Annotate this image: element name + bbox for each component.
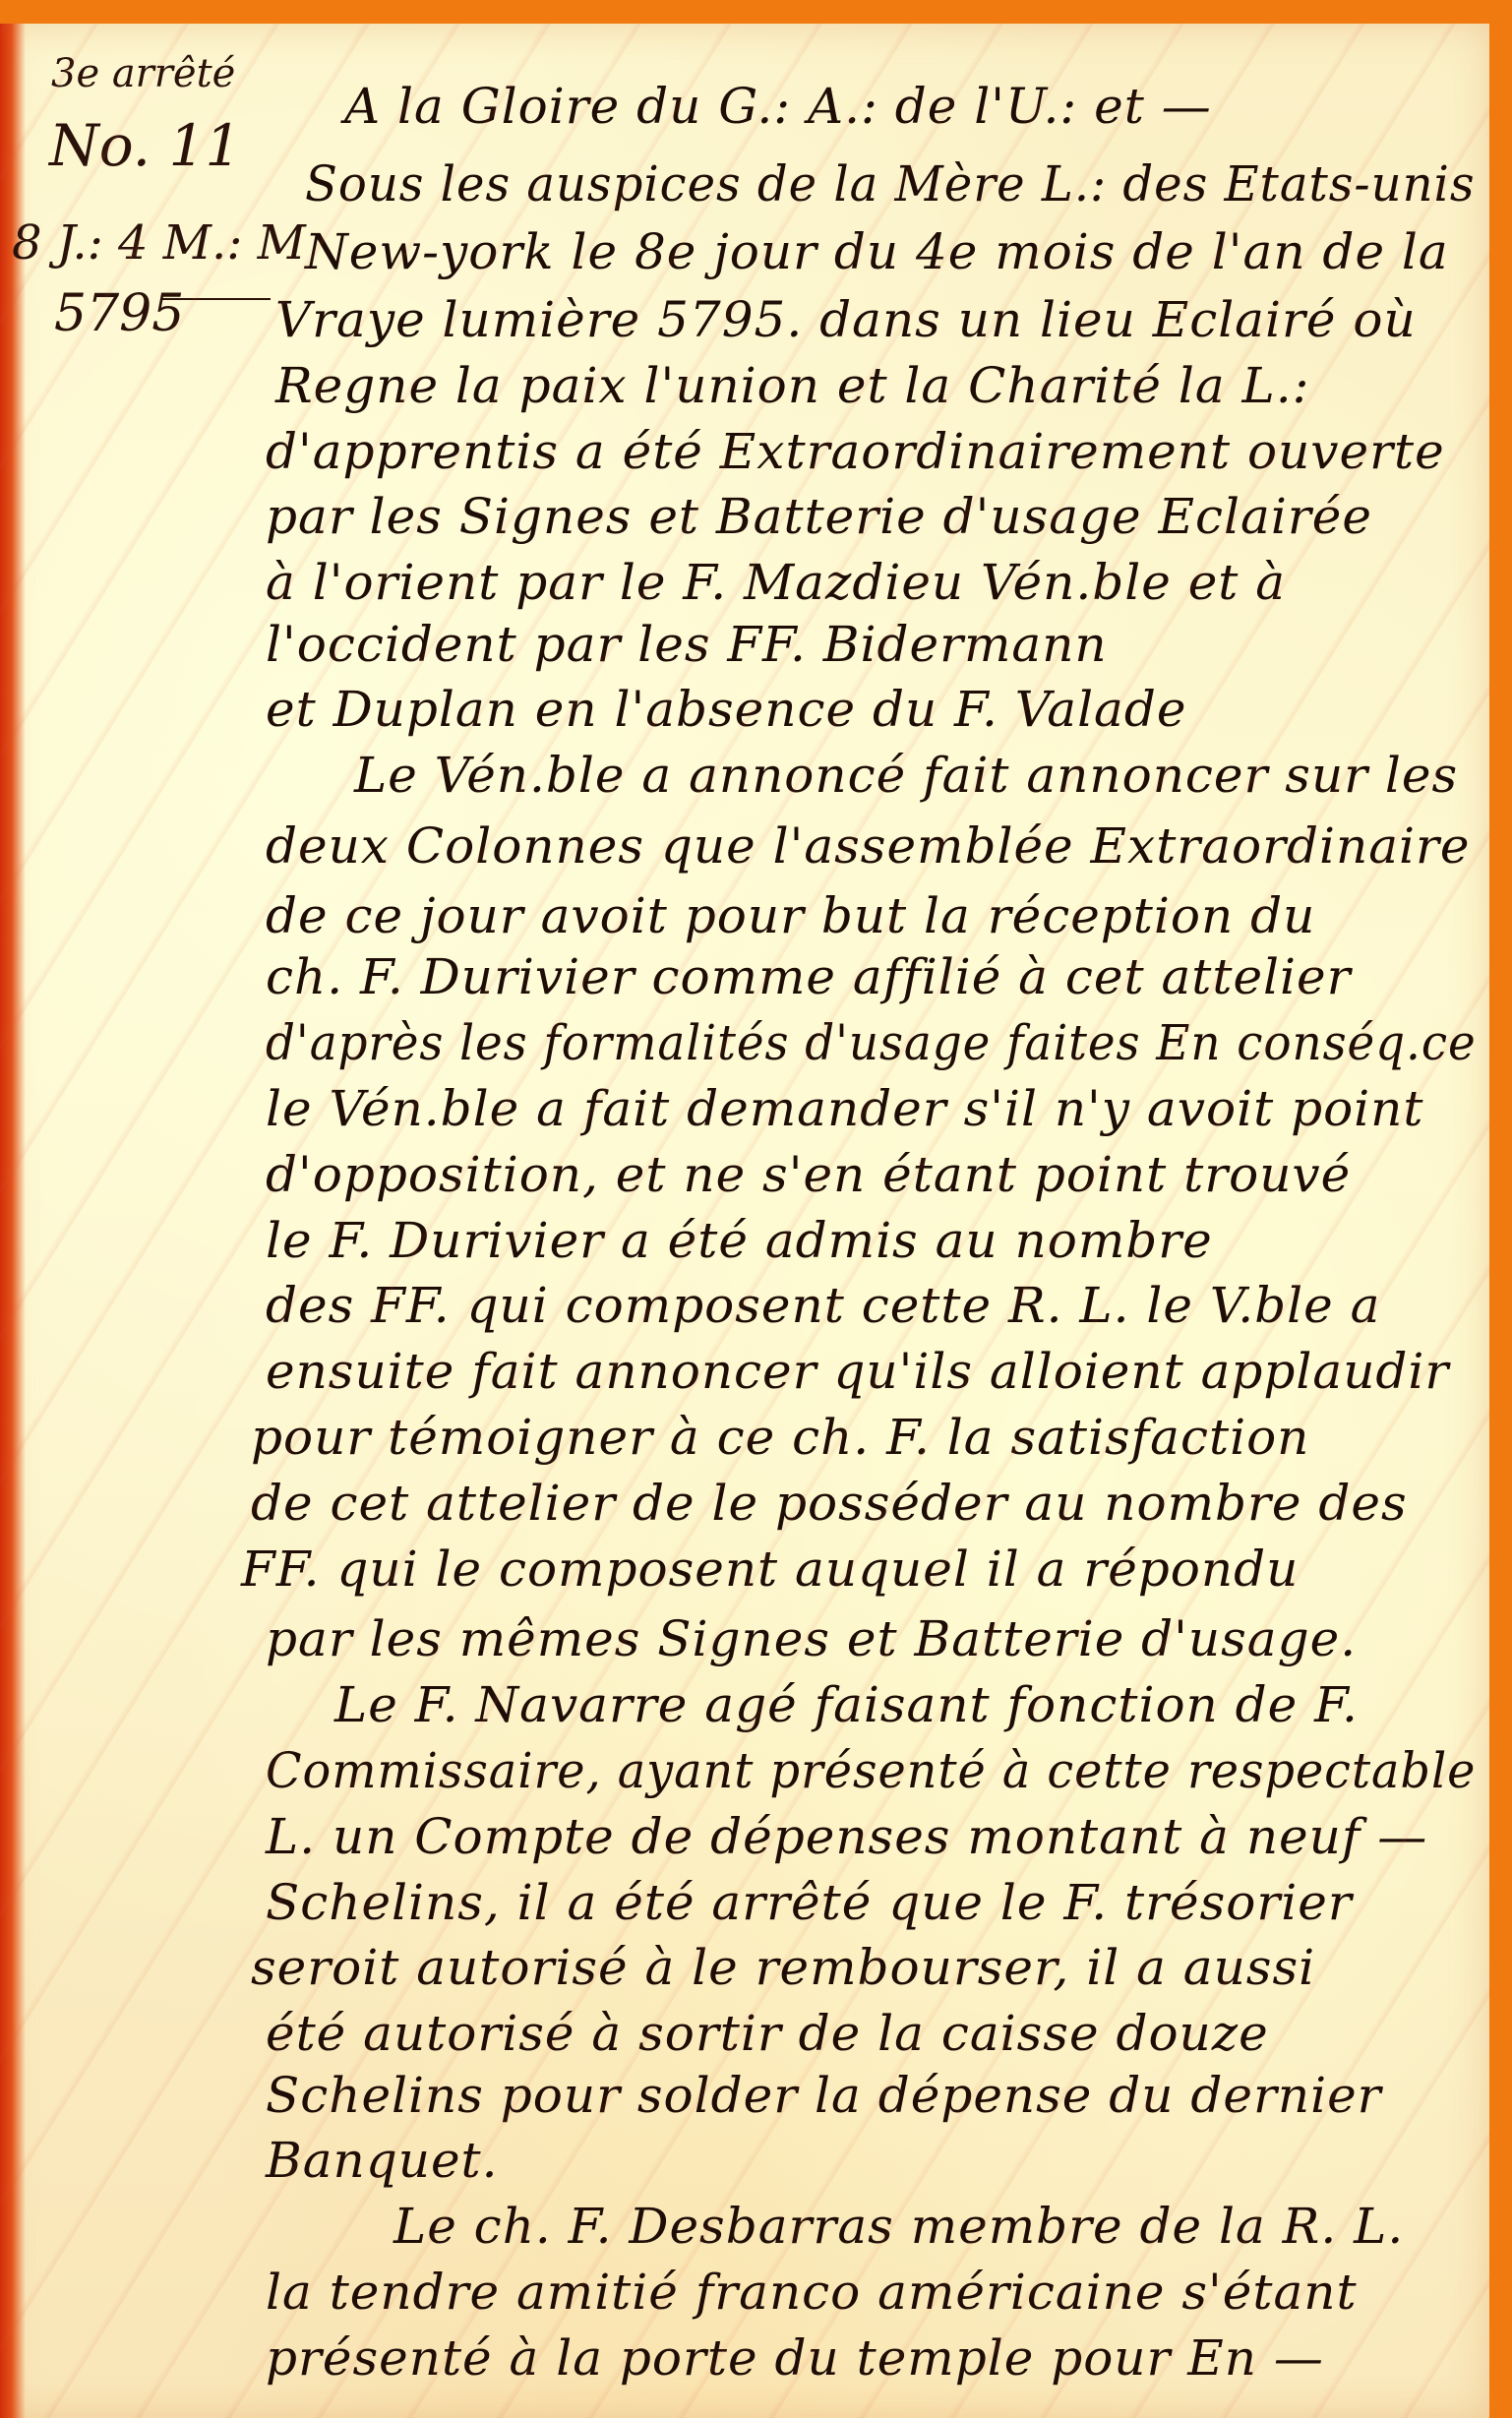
manuscript-line-text: Regne la paix l'union et la Charité la L… bbox=[275, 357, 1310, 414]
manuscript-line-text: New-york le 8e jour du 4e mois de l'an d… bbox=[305, 223, 1449, 280]
manuscript-line-text: L. un Compte de dépenses montant à neuf … bbox=[266, 1808, 1427, 1865]
manuscript-line-text: à l'orient par le F. Mazdieu Vén.ble et … bbox=[266, 554, 1286, 611]
manuscript-line-text: seroit autorisé à le rembourser, il a au… bbox=[251, 1939, 1315, 1996]
manuscript-line-text: par les Signes et Batterie d'usage Eclai… bbox=[266, 488, 1372, 545]
manuscript-line-text: Banquet. bbox=[266, 2132, 499, 2189]
manuscript-line-text: été autorisé à sortir de la caisse douze bbox=[266, 2005, 1269, 2062]
manuscript-line-text: par les mêmes Signes et Batterie d'usage… bbox=[266, 1610, 1357, 1667]
manuscript-line-text: Le ch. F. Desbarras membre de la R. L. bbox=[393, 2198, 1404, 2255]
manuscript-line-text: FF. qui le composent auquel il a répondu bbox=[241, 1541, 1299, 1598]
margin-arrete-note: 3e arrêté bbox=[51, 51, 235, 96]
manuscript-line-text: présenté à la porte du temple pour En — bbox=[266, 2329, 1324, 2387]
manuscript-page: 3e arrêté No. 11 8 J.: 4 M.: M 5795 A la… bbox=[0, 24, 1489, 2418]
manuscript-line-text: Commissaire, ayant présenté à cette resp… bbox=[266, 1742, 1476, 1799]
manuscript-line-text: le Vén.ble a fait demander s'il n'y avoi… bbox=[266, 1080, 1423, 1137]
manuscript-line-text: le F. Durivier a été admis au nombre bbox=[266, 1212, 1213, 1269]
manuscript-line-text: d'apprentis a été Extraordinairement ouv… bbox=[266, 423, 1445, 480]
manuscript-line-text: Le Vén.ble a annoncé fait annoncer sur l… bbox=[354, 747, 1458, 804]
manuscript-line-text: ch. F. Durivier comme affilié à cet atte… bbox=[266, 948, 1352, 1005]
manuscript-line-text: d'opposition, et ne s'en étant point tro… bbox=[266, 1146, 1351, 1203]
margin-entry-number: No. 11 bbox=[49, 112, 241, 179]
manuscript-line-text: Sous les auspices de la Mère L.: des Eta… bbox=[305, 155, 1476, 212]
manuscript-line-text: et Duplan en l'absence du F. Valade bbox=[266, 681, 1186, 738]
manuscript-line-text: de cet attelier de le posséder au nombre… bbox=[251, 1475, 1408, 1532]
manuscript-line-text: des FF. qui composent cette R. L. le V.b… bbox=[266, 1277, 1380, 1334]
manuscript-line-text: ensuite fait annoncer qu'ils alloient ap… bbox=[266, 1343, 1449, 1400]
manuscript-line-text: de ce jour avoit pour but la réception d… bbox=[266, 887, 1315, 944]
manuscript-line-text: A la Gloire du G.: A.: de l'U.: et — bbox=[344, 78, 1212, 135]
manuscript-line-text: Le F. Navarre agé faisant fonction de F. bbox=[334, 1676, 1359, 1733]
manuscript-line-text: Schelins, il a été arrêté que le F. trés… bbox=[266, 1874, 1353, 1931]
margin-masonic-date: 8 J.: 4 M.: M bbox=[12, 215, 306, 271]
manuscript-line-text: pour témoigner à ce ch. F. la satisfacti… bbox=[251, 1409, 1309, 1466]
manuscript-line-text: Vraye lumière 5795. dans un lieu Eclairé… bbox=[275, 291, 1417, 348]
manuscript-line-text: l'occident par les FF. Bidermann bbox=[266, 616, 1108, 673]
manuscript-line-text: Schelins pour solder la dépense du derni… bbox=[266, 2067, 1382, 2124]
margin-masonic-year: 5795 bbox=[54, 284, 184, 343]
manuscript-line-text: deux Colonnes que l'assemblée Extraordin… bbox=[266, 817, 1471, 875]
manuscript-line-text: d'après les formalités d'usage faites En… bbox=[266, 1014, 1477, 1071]
manuscript-line-text: la tendre amitié franco américaine s'éta… bbox=[266, 2264, 1358, 2321]
